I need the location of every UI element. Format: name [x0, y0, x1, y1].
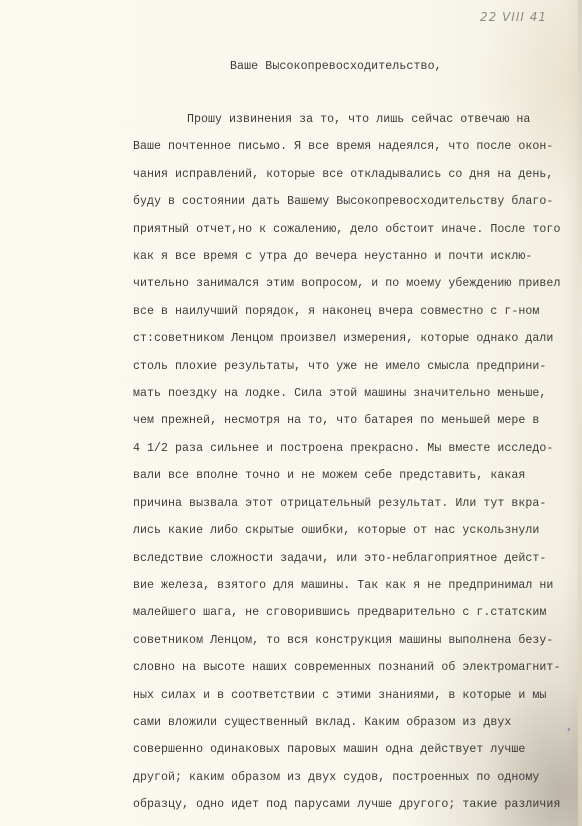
- body-line: столь плохие результаты, что уже не имел…: [133, 353, 578, 380]
- body-line: словно на высоте наших современных позна…: [133, 654, 578, 681]
- body-line: все в наилучший порядок, я наконец вчера…: [133, 298, 578, 325]
- body-line: вследствие сложности задачи, или это-неб…: [133, 545, 578, 572]
- body-line: малейшего шага, не сговорившись предвари…: [133, 599, 578, 626]
- body-line: приятный отчет,но к сожалению, дело обст…: [133, 216, 578, 243]
- body-line: чем прежней, несмотря на то, что батарея…: [133, 407, 578, 434]
- body-line: ст:советником Ленцом произвел измерения,…: [133, 325, 578, 352]
- body-line: другой; каким образом из двух судов, пос…: [133, 764, 578, 791]
- body-line: мать поездку на лодке. Сила этой машины …: [133, 380, 578, 407]
- continuation-mark-icon: ›: [567, 725, 571, 735]
- paper-edge: [578, 0, 582, 826]
- body-line: сами вложили существенный вклад. Каким о…: [133, 709, 578, 736]
- body-line: чительно занимался этим вопросом, и по м…: [133, 270, 578, 297]
- body-line: Ваше почтенное письмо. Я все время надея…: [133, 133, 578, 160]
- body-line: как я все время с утра до вечера неустан…: [133, 243, 578, 270]
- salutation: Ваше Высокопревосходительство,: [230, 60, 442, 73]
- body-line: вали все вполне точно и не можем себе пр…: [133, 462, 578, 489]
- body-line: причина вызвала этот отрицательный резул…: [133, 490, 578, 517]
- body-line: буду в состоянии дать Вашему Высокопрево…: [133, 188, 578, 215]
- body-line: чания исправлений, которые все откладыва…: [133, 161, 578, 188]
- body-line: вие железа, взятого для машины. Так как …: [133, 572, 578, 599]
- body-line: ных силах и в соответствии с этими знани…: [133, 682, 578, 709]
- body-line: совершенно одинаковых паровых машин одна…: [133, 736, 578, 763]
- document-page: 22 VIII 41 Ваше Высокопревосходительство…: [0, 0, 582, 826]
- letter-body: Прошу извинения за то, что лишь сейчас о…: [133, 106, 578, 819]
- handwritten-date-annotation: 22 VIII 41: [480, 10, 547, 24]
- body-line: 4 1/2 раза сильнее и построена прекрасно…: [133, 435, 578, 462]
- body-line: Прошу извинения за то, что лишь сейчас о…: [133, 106, 578, 133]
- body-line: лись какие либо скрытые ошибки, которые …: [133, 517, 578, 544]
- body-line: образцу, одно идет под парусами лучше др…: [133, 791, 578, 818]
- body-line: советником Ленцом, то вся конструкция ма…: [133, 627, 578, 654]
